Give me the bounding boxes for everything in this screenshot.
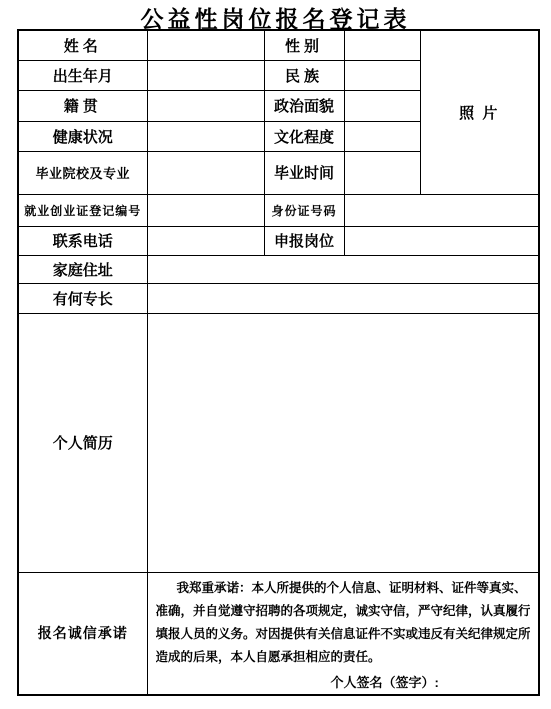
label-school-major: 毕业院校及专业 (18, 151, 147, 194)
commitment-line-3: 填报人员的义务。对因提供有关信息证件不实或违反有关纪律规定所 (156, 623, 531, 646)
label-political-status: 政治面貌 (264, 90, 344, 121)
label-id-number: 身份证号码 (264, 194, 344, 226)
row-home-address: 家庭住址 (18, 255, 539, 283)
row-specialty: 有何专长 (18, 283, 539, 313)
label-home-address: 家庭住址 (18, 255, 147, 283)
photo-cell[interactable]: 照 片 (420, 30, 539, 194)
signature-label: 个人签名（签字）: (331, 675, 439, 690)
commitment-paragraph: 我郑重承诺：本人所提供的个人信息、证明材料、证件等真实、 准确，并自觉遵守招聘的… (156, 577, 531, 669)
input-cell-specialty[interactable] (147, 283, 539, 313)
label-employment-cert-number: 就业创业证登记编号 (18, 194, 147, 226)
signature-space[interactable] (439, 676, 509, 690)
commitment-line-2: 准确，并自觉遵守招聘的各项规定，诚实守信，严守纪律，认真履行 (156, 600, 531, 623)
registration-table: 姓名 性别 照 片 出生年月 民族 籍贯 政治面貌 健康状况 (17, 29, 540, 696)
signature-line: 个人签名（签字）: (331, 671, 531, 694)
label-ethnicity: 民族 (264, 60, 344, 90)
input-cell-contact-phone[interactable] (147, 226, 264, 255)
label-gender: 性别 (264, 30, 344, 60)
input-cell-native-place[interactable] (147, 90, 264, 121)
label-native-place: 籍贯 (18, 90, 147, 121)
input-cell-id-number[interactable] (344, 194, 539, 226)
input-cell-applied-position[interactable] (344, 226, 539, 255)
commitment-line-4: 造成的后果，本人自愿承担相应的责任。 (156, 646, 531, 669)
label-graduation-time: 毕业时间 (264, 151, 344, 194)
label-name: 姓名 (18, 30, 147, 60)
input-cell-health-status[interactable] (147, 121, 264, 151)
commitment-line-1: 我郑重承诺：本人所提供的个人信息、证明材料、证件等真实、 (156, 577, 531, 600)
input-cell-employment-cert-number[interactable] (147, 194, 264, 226)
label-education-level: 文化程度 (264, 121, 344, 151)
input-cell-home-address[interactable] (147, 255, 539, 283)
row-cert-id: 就业创业证登记编号 身份证号码 (18, 194, 539, 226)
input-cell-ethnicity[interactable] (344, 60, 420, 90)
label-specialty: 有何专长 (18, 283, 147, 313)
label-integrity-commitment: 报名诚信承诺 (18, 572, 147, 695)
commitment-cell: 我郑重承诺：本人所提供的个人信息、证明材料、证件等真实、 准确，并自觉遵守招聘的… (147, 572, 539, 695)
input-cell-school-major[interactable] (147, 151, 264, 194)
label-birth-date: 出生年月 (18, 60, 147, 90)
input-cell-personal-resume[interactable] (147, 313, 539, 572)
label-applied-position: 申报岗位 (264, 226, 344, 255)
input-cell-name[interactable] (147, 30, 264, 60)
form-page: 公益性岗位报名登记表 姓名 性别 照 片 出生年月 民族 籍贯 (0, 0, 551, 709)
label-personal-resume: 个人简历 (18, 313, 147, 572)
row-resume: 个人简历 (18, 313, 539, 572)
input-cell-graduation-time[interactable] (344, 151, 420, 194)
row-commitment: 报名诚信承诺 我郑重承诺：本人所提供的个人信息、证明材料、证件等真实、 准确，并… (18, 572, 539, 695)
input-cell-education-level[interactable] (344, 121, 420, 151)
label-health-status: 健康状况 (18, 121, 147, 151)
label-contact-phone: 联系电话 (18, 226, 147, 255)
row-phone-position: 联系电话 申报岗位 (18, 226, 539, 255)
input-cell-political-status[interactable] (344, 90, 420, 121)
input-cell-birth-date[interactable] (147, 60, 264, 90)
row-name-gender: 姓名 性别 照 片 (18, 30, 539, 60)
input-cell-gender[interactable] (344, 30, 420, 60)
